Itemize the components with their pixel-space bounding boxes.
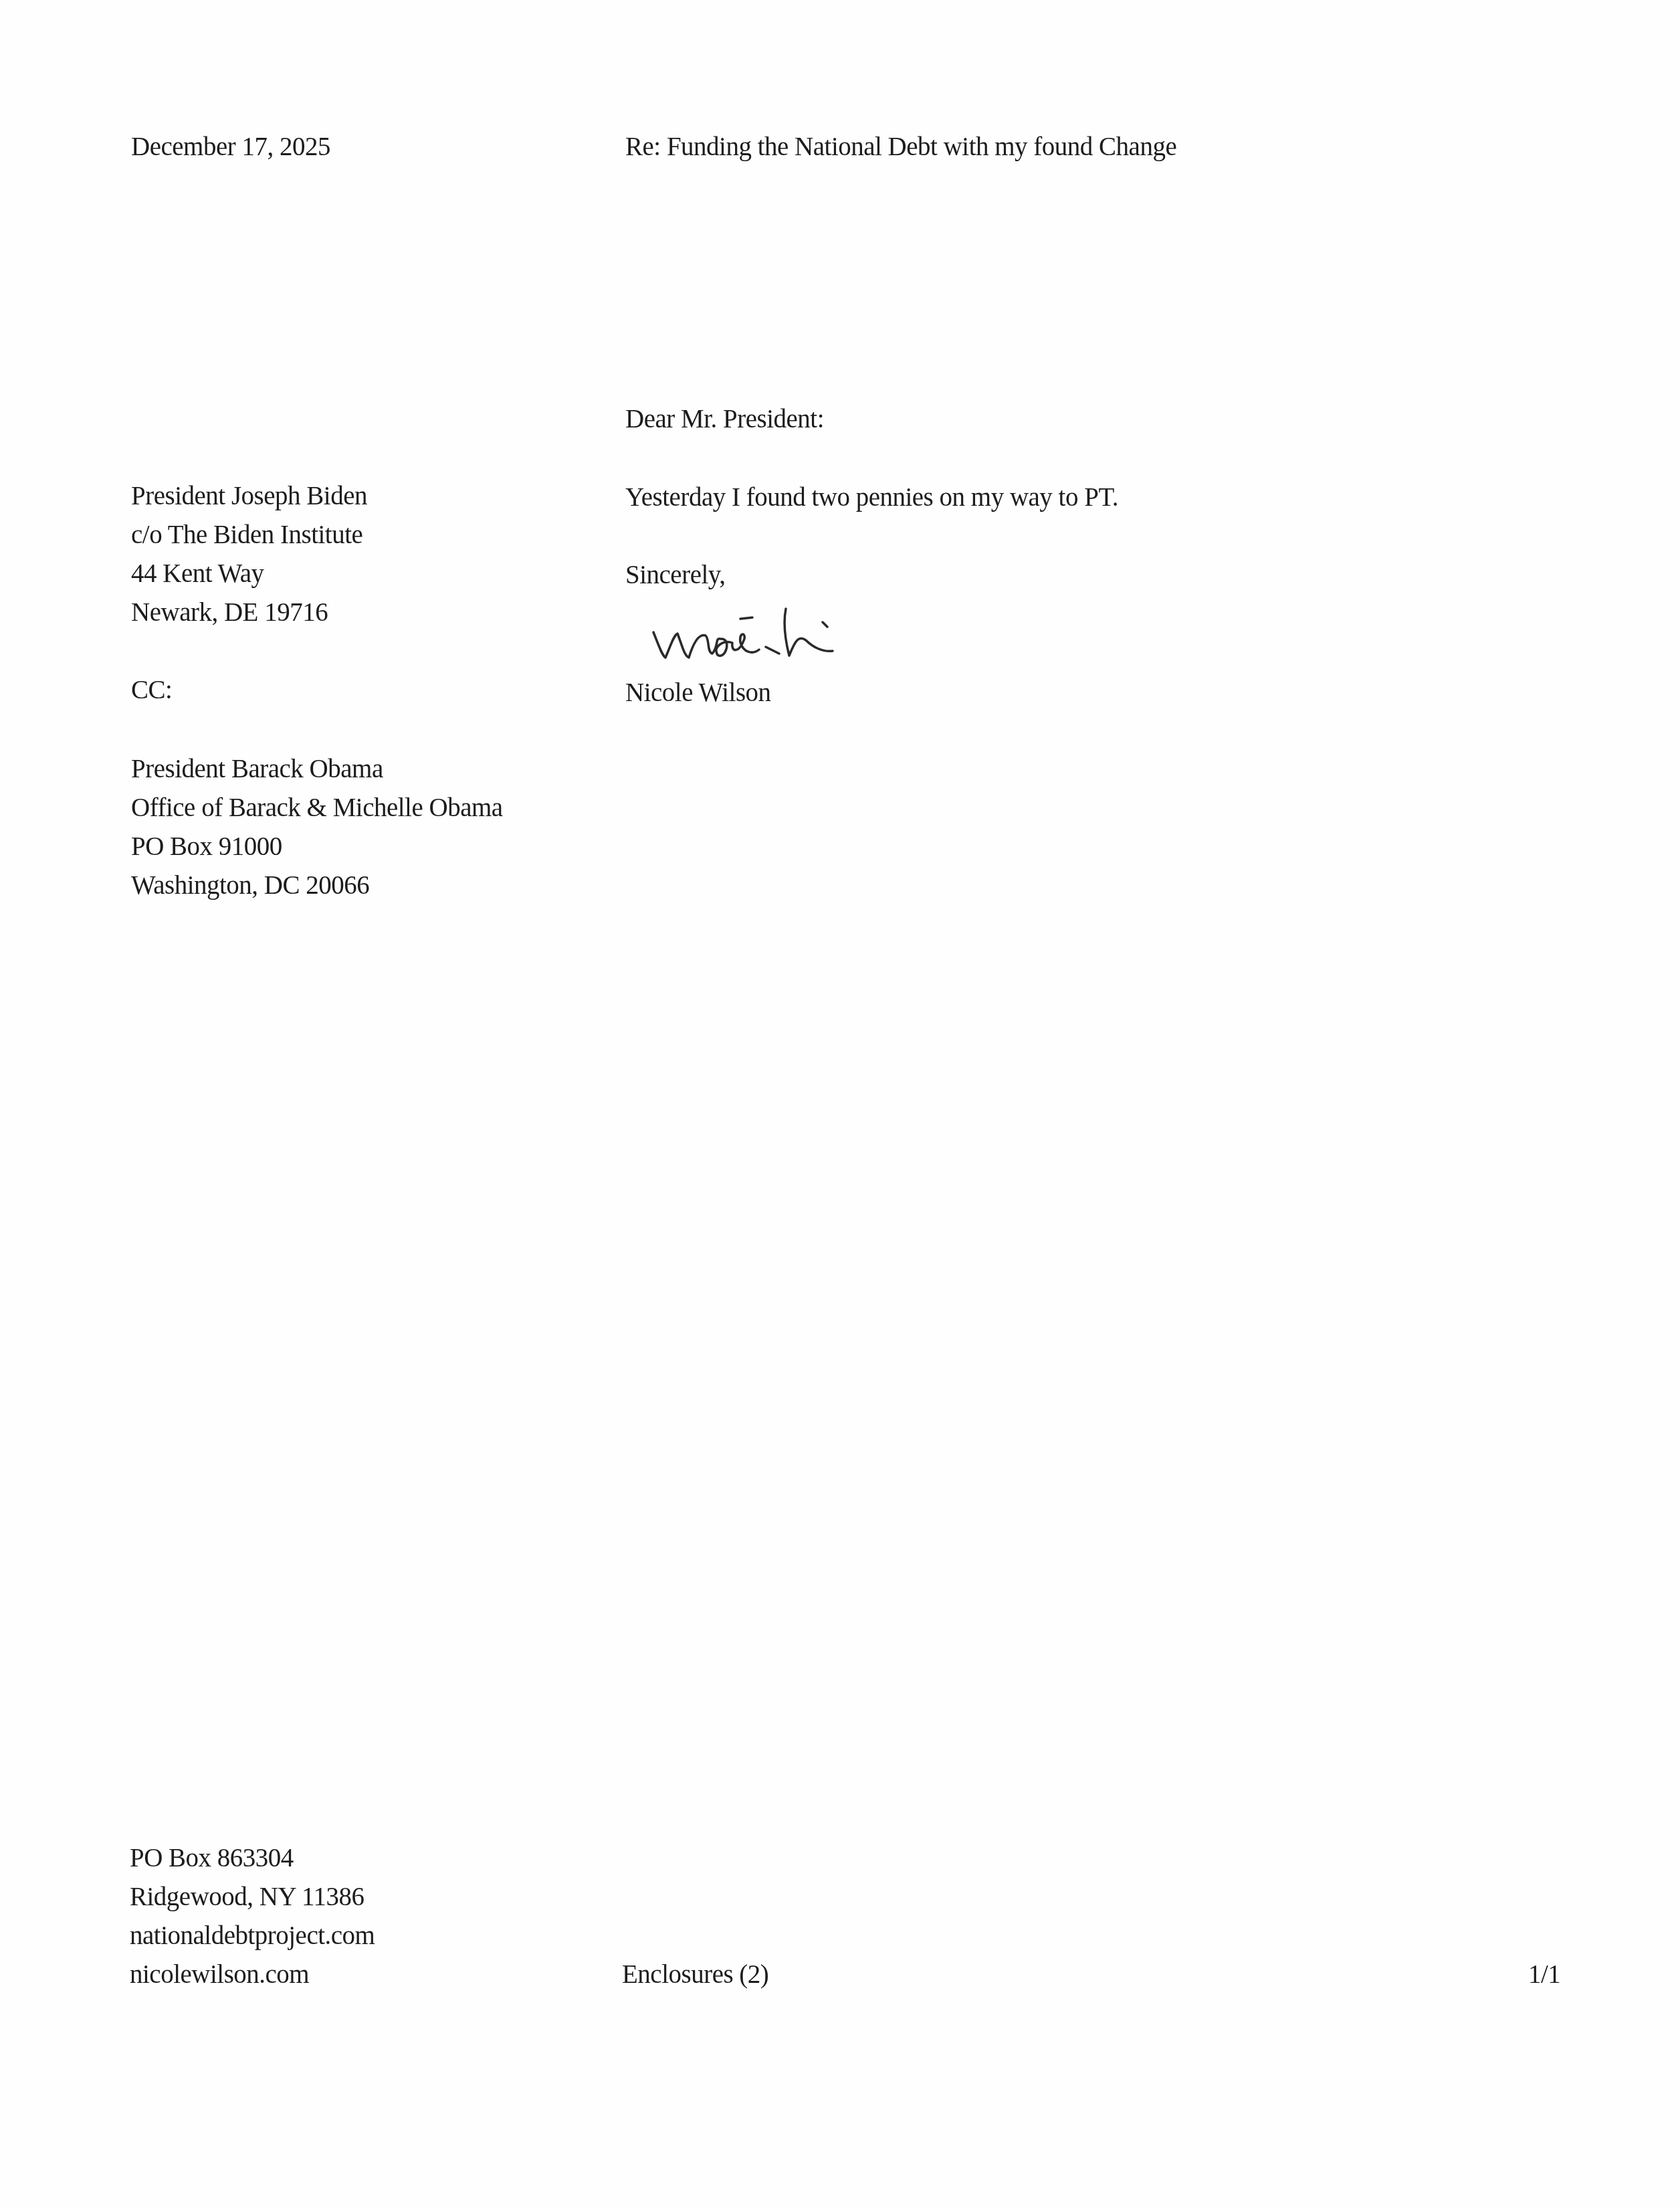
handwritten-signature-icon: [645, 599, 953, 672]
sender-footer: PO Box 863304 Ridgewood, NY 11386 nation…: [130, 1845, 375, 2000]
cc-recipient-line: PO Box 91000: [131, 834, 503, 860]
recipient-line: Newark, DE 19716: [131, 599, 367, 626]
recipient-line: c/o The Biden Institute: [131, 522, 367, 548]
sender-line: PO Box 863304: [130, 1845, 375, 1871]
recipient-line: 44 Kent Way: [131, 561, 367, 587]
cc-recipient-line: President Barack Obama: [131, 756, 503, 782]
cc-recipient-line: Office of Barack & Michelle Obama: [131, 795, 503, 821]
subject-line: Re: Funding the National Debt with my fo…: [625, 134, 1176, 160]
sender-website: nicolewilson.com: [130, 1961, 375, 1988]
sender-line: Ridgewood, NY 11386: [130, 1884, 375, 1910]
cc-label: CC:: [131, 677, 172, 703]
sender-website: nationaldebtproject.com: [130, 1923, 375, 1949]
cc-recipient-address: President Barack Obama Office of Barack …: [131, 756, 503, 911]
recipient-address: President Joseph Biden c/o The Biden Ins…: [131, 483, 367, 638]
closing: Sincerely,: [625, 562, 726, 588]
cc-recipient-line: Washington, DC 20066: [131, 872, 503, 898]
salutation: Dear Mr. President:: [625, 406, 824, 432]
page-number: 1/1: [1528, 1961, 1560, 1988]
recipient-line: President Joseph Biden: [131, 483, 367, 509]
signer-name: Nicole Wilson: [625, 680, 771, 706]
enclosures-note: Enclosures (2): [622, 1961, 768, 1988]
letter-body: Yesterday I found two pennies on my way …: [625, 484, 1118, 510]
letter-date: December 17, 2025: [131, 134, 330, 160]
